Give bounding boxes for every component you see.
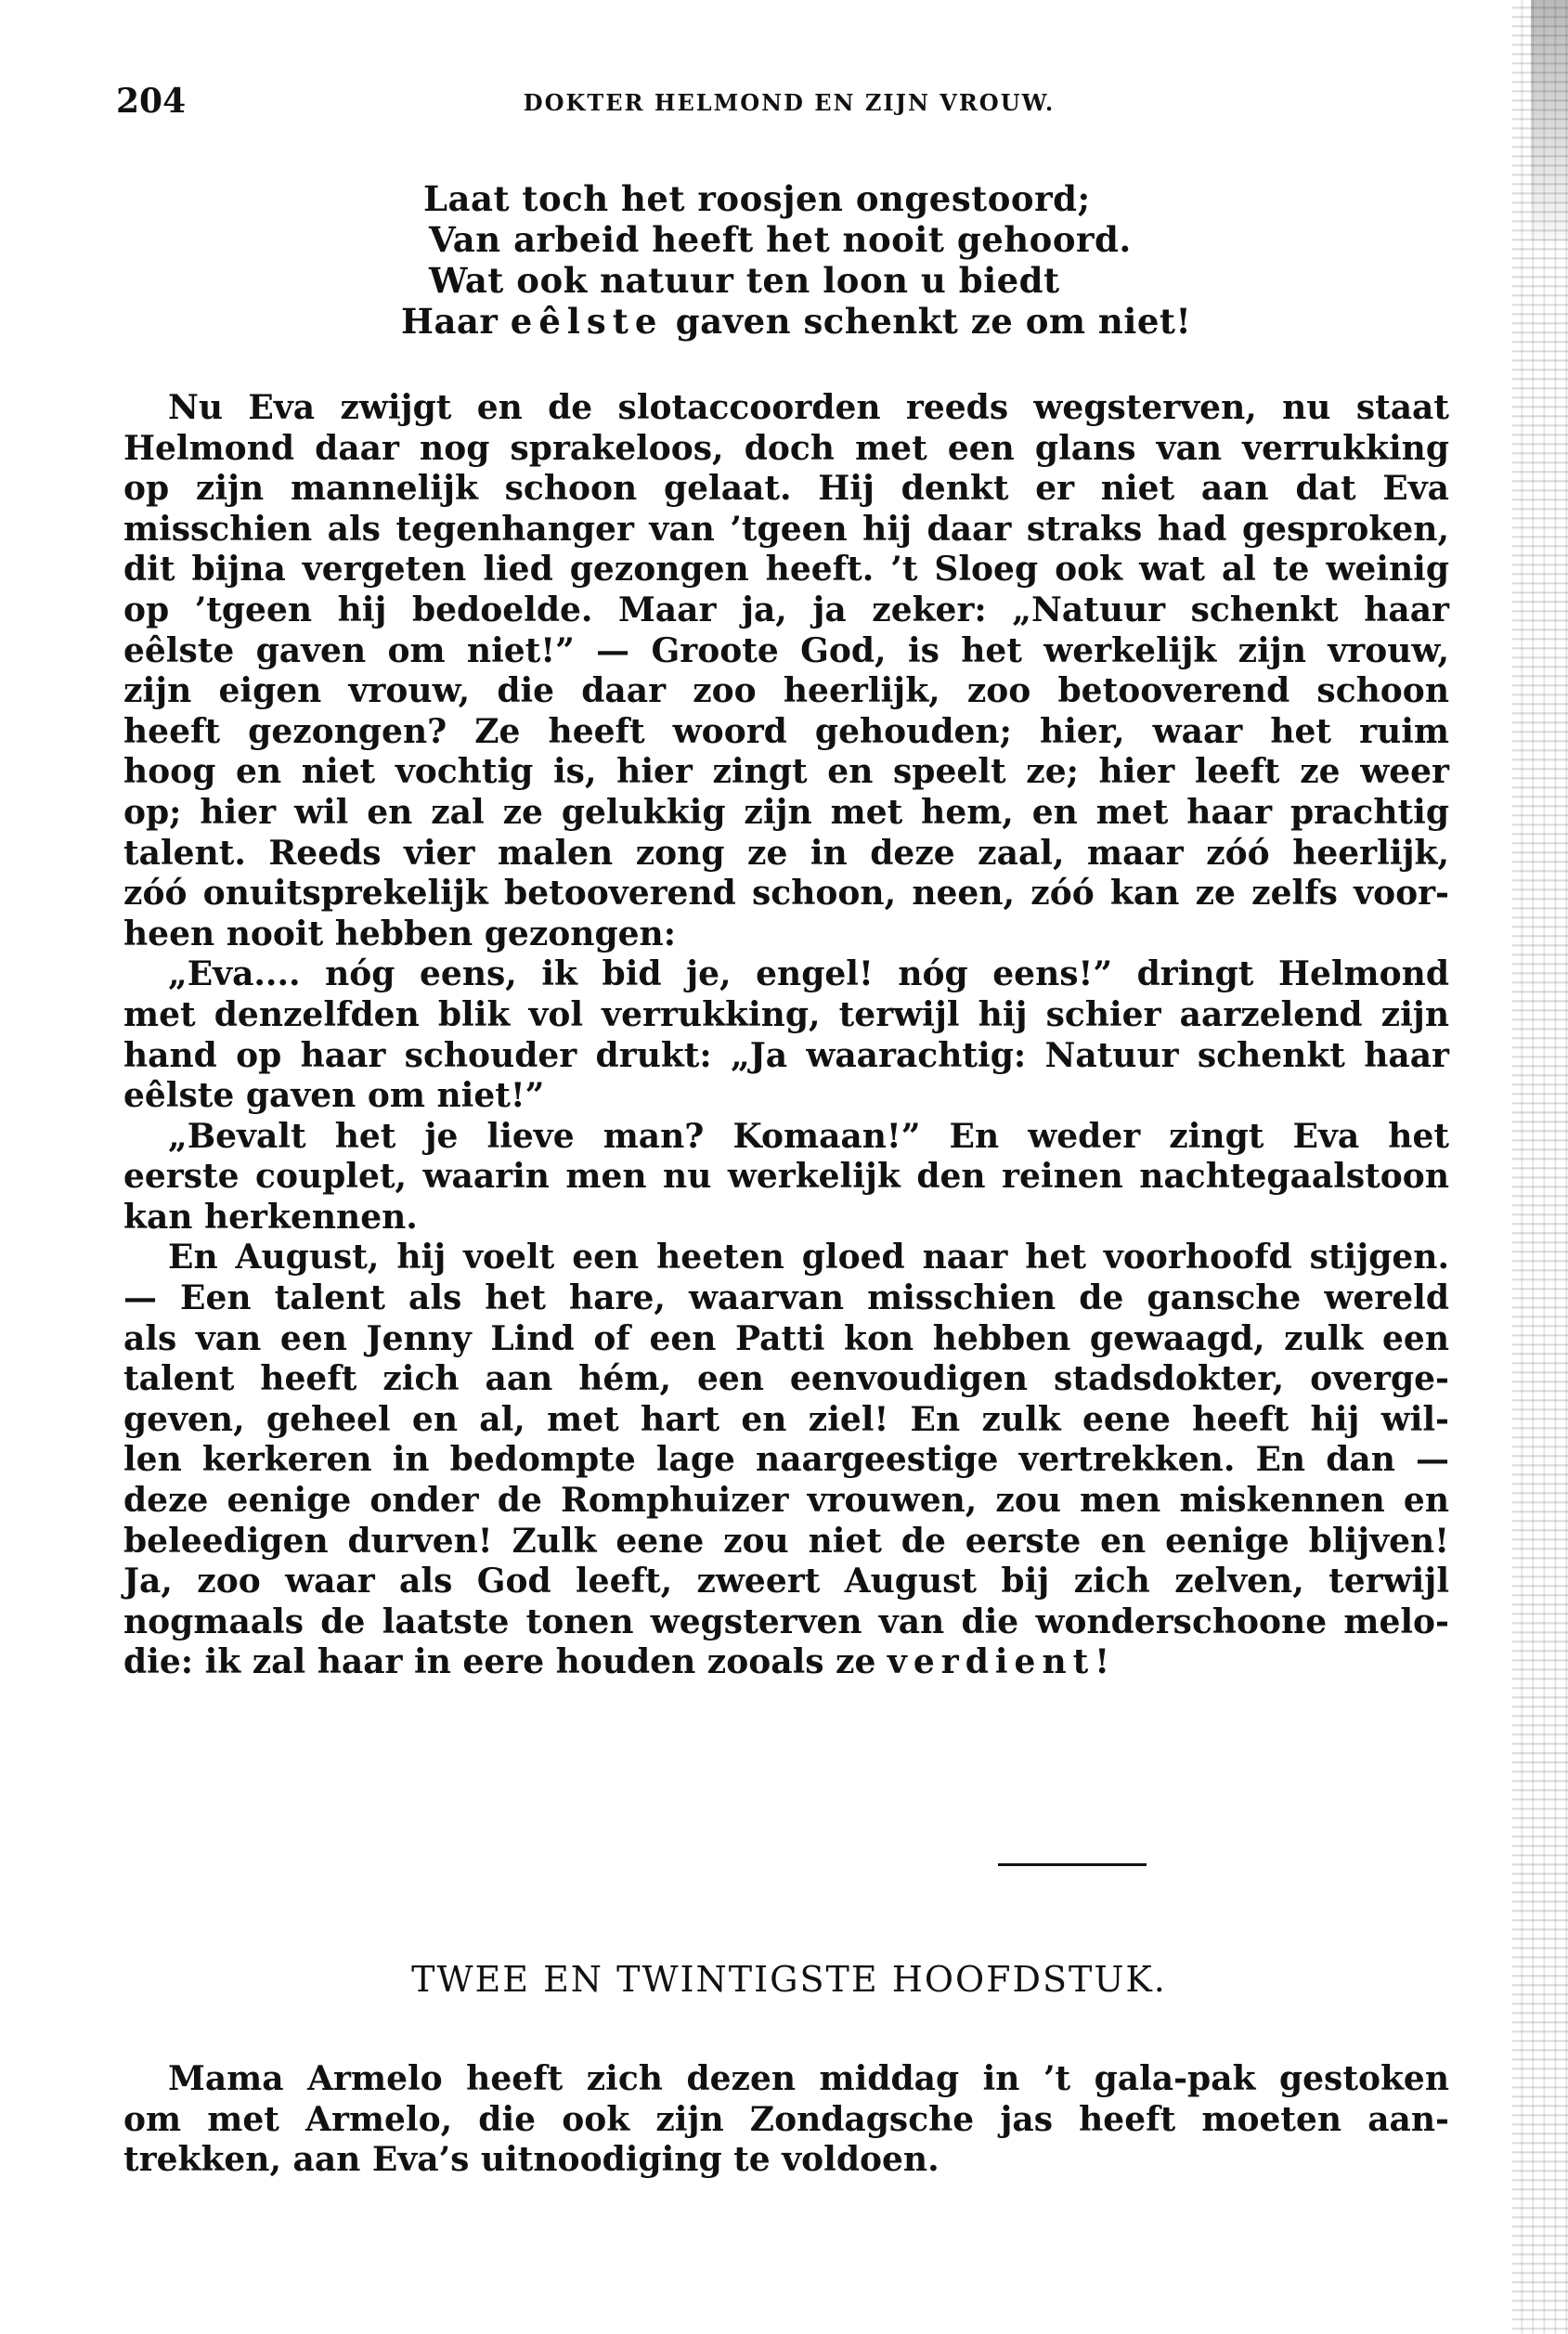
text-line: die: ik zal haar in eere houden zooals z… <box>123 1642 1449 1683</box>
text-line: geven, geheel en al, met hart en ziel! E… <box>123 1400 1449 1441</box>
chapter-title: TWEE EN TWINTIGSTE HOOFDSTUK. <box>279 1959 1300 2000</box>
scan-spine-shadow <box>1531 0 1568 241</box>
text-line: dit bijna vergeten lied gezongen heeft. … <box>123 550 1449 590</box>
poem-line: Van arbeid heeft het nooit gehoord. <box>353 219 1188 260</box>
poem-text: Haar <box>401 301 511 342</box>
text-line: — Een talent als het hare, waarvan missc… <box>123 1278 1449 1319</box>
text-line: zijn eigen vrouw, die daar zoo heerlijk,… <box>123 671 1449 712</box>
text-line: Nu Eva zwijgt en de slotaccoorden reeds … <box>123 388 1449 429</box>
text-line: als van een Jenny Lind of een Patti kon … <box>123 1319 1449 1360</box>
text-line: hand op haar schouder drukt: „Ja waarach… <box>123 1036 1449 1077</box>
poem-line: Haar eêlste gaven schenkt ze om niet! <box>353 301 1188 342</box>
text-line: „Eva.... nóg eens, ik bid je, engel! nóg… <box>123 954 1449 995</box>
poem-text: gaven schenkt ze om niet! <box>663 301 1191 342</box>
text-line: zóó onuitsprekelijk betooverend schoon, … <box>123 874 1449 914</box>
text-line: „Bevalt het je lieve man? Komaan!” En we… <box>123 1117 1449 1158</box>
text-line: op; hier wil en zal ze gelukkig zijn met… <box>123 793 1449 834</box>
text-line: deze eenige onder de Romphuizer vrouwen,… <box>123 1481 1449 1522</box>
text-line: op zijn mannelijk schoon gelaat. Hij den… <box>123 469 1449 510</box>
text-line: Helmond daar nog sprakeloos, doch met ee… <box>123 429 1449 470</box>
section-divider <box>998 1863 1147 1866</box>
text-line: talent heeft zich aan hém, een eenvoudig… <box>123 1359 1449 1400</box>
text-line: eêlste gaven om niet!” — Groote God, is … <box>123 631 1449 672</box>
text-line: eêlste gaven om niet!” <box>123 1076 1449 1117</box>
text-line: kan herkennen. <box>123 1198 1449 1238</box>
text-line: len kerkeren in bedompte lage naargeesti… <box>123 1440 1449 1481</box>
text-line: heeft gezongen? Ze heeft woord gehouden;… <box>123 712 1449 753</box>
text-line: om met Armelo, die ook zijn Zondagsche j… <box>123 2100 1449 2141</box>
text-line: talent. Reeds vier malen zong ze in deze… <box>123 834 1449 875</box>
body-text: Nu Eva zwijgt en de slotaccoorden reeds … <box>123 388 1449 1683</box>
running-title: DOKTER HELMOND EN ZIJN VROUW. <box>464 89 1114 116</box>
text-line: nogmaals de laatste tonen wegsterven van… <box>123 1602 1449 1643</box>
poem-emphasis: eêlste <box>511 301 664 342</box>
poem-line: Laat toch het roosjen ongestoord; <box>353 178 1188 219</box>
book-page: 204 DOKTER HELMOND EN ZIJN VROUW. Laat t… <box>0 0 1568 2334</box>
text-line: Ja, zoo waar als God leeft, zweert Augus… <box>123 1562 1449 1602</box>
text-line: eerste couplet, waarin men nu werkelijk … <box>123 1157 1449 1198</box>
chapter-body: Mama Armelo heeft zich dezen middag in ’… <box>123 2059 1449 2181</box>
scan-spine-edge <box>1512 0 1568 2334</box>
text-line: Mama Armelo heeft zich dezen middag in ’… <box>123 2059 1449 2100</box>
text-line: trekken, aan Eva’s uitnoodiging te voldo… <box>123 2140 1449 2181</box>
page-number: 204 <box>116 82 186 121</box>
poem-line: Wat ook natuur ten loon u biedt <box>353 260 1188 301</box>
text-segment: die: ik zal haar in eere houden zooals z… <box>123 1642 888 1681</box>
text-line: beleedigen durven! Zulk eene zou niet de… <box>123 1522 1449 1562</box>
text-line: misschien als tegenhanger van ’tgeen hij… <box>123 510 1449 551</box>
poem-stanza: Laat toch het roosjen ongestoord; Van ar… <box>353 178 1188 342</box>
text-line: op ’tgeen hij bedoelde. Maar ja, ja zeke… <box>123 590 1449 631</box>
text-line: met denzelfden blik vol verrukking, terw… <box>123 995 1449 1036</box>
text-line: hoog en niet vochtig is, hier zingt en s… <box>123 752 1449 793</box>
text-line: heen nooit hebben gezongen: <box>123 914 1449 955</box>
text-emphasis: verdient! <box>888 1642 1116 1681</box>
text-line: En August, hij voelt een heeten gloed na… <box>123 1238 1449 1278</box>
